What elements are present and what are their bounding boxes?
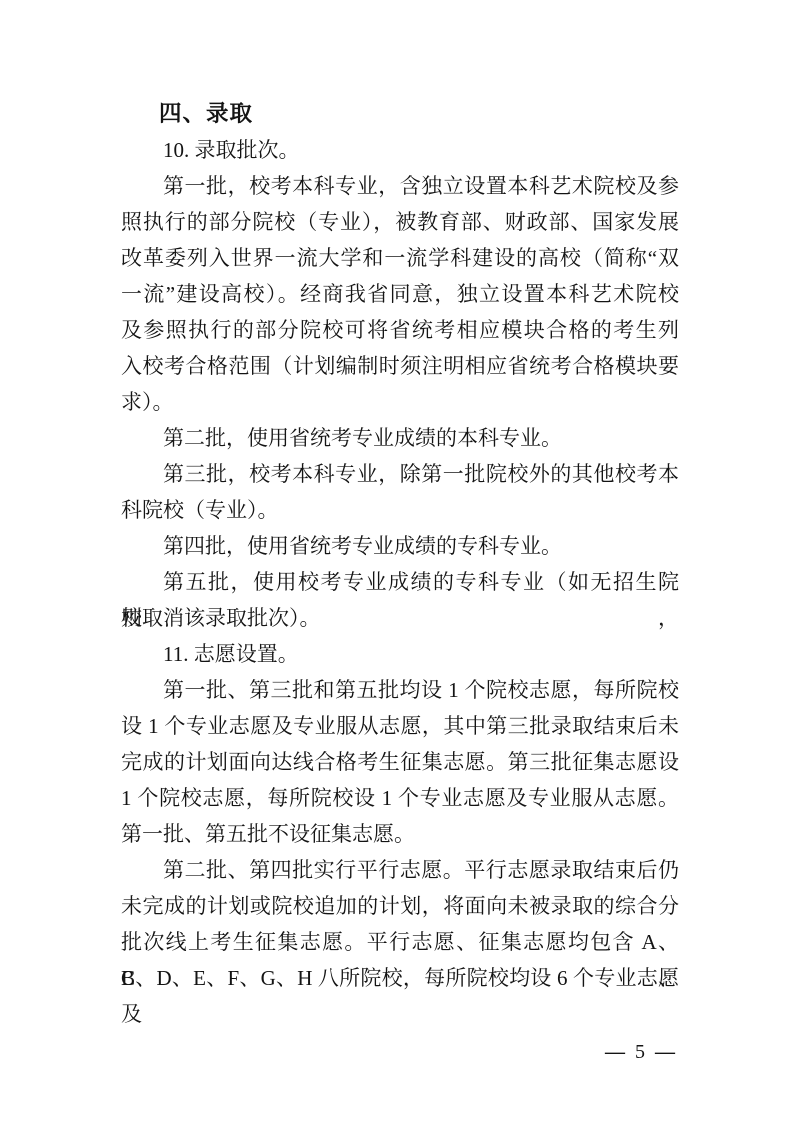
document-body: 四、录取 10. 录取批次。 第一批，校考本科专业，含独立设置本科艺术院校及参 … — [121, 96, 679, 996]
text-line: 入校考合格范围（计划编制时须注明相应省统考合格模块要 — [121, 348, 679, 384]
section-heading: 四、录取 — [121, 96, 679, 132]
text-line: 第三批，校考本科专业，除第一批院校外的其他校考本 — [121, 456, 679, 492]
text-line: C、D、E、F、G、H 八所院校，每所院校均设 6 个专业志愿及 — [121, 960, 679, 996]
text-line: 科院校（专业）。 — [121, 492, 679, 528]
text-line: 完成的计划面向达线合格考生征集志愿。第三批征集志愿设 — [121, 744, 679, 780]
text-line: 第一批，校考本科专业，含独立设置本科艺术院校及参 — [121, 168, 679, 204]
text-line: 求）。 — [121, 384, 679, 420]
text-line: 第五批，使用校考专业成绩的专科专业（如无招生院校， — [121, 564, 679, 600]
text-line: 第二批、第四批实行平行志愿。平行志愿录取结束后仍 — [121, 852, 679, 888]
text-line: 批次线上考生征集志愿。平行志愿、征集志愿均包含 A、B、 — [121, 924, 679, 960]
footer-dash-left: — — [605, 1040, 625, 1064]
text-line: 设 1 个专业志愿及专业服从志愿，其中第三批录取结束后未 — [121, 708, 679, 744]
text-line: 改革委列入世界一流大学和一流学科建设的高校（简称“双 — [121, 240, 679, 276]
document-page: 四、录取 10. 录取批次。 第一批，校考本科专业，含独立设置本科艺术院校及参 … — [0, 0, 793, 1122]
text-line: 及参照执行的部分院校可将省统考相应模块合格的考生列 — [121, 312, 679, 348]
footer-dash-right: — — [655, 1040, 675, 1064]
text-line: 第二批，使用省统考专业成绩的本科专业。 — [121, 420, 679, 456]
text-line: 照执行的部分院校（专业），被教育部、财政部、国家发展 — [121, 204, 679, 240]
text-line: 未完成的计划或院校追加的计划，将面向未被录取的综合分 — [121, 888, 679, 924]
text-line: 10. 录取批次。 — [121, 132, 679, 168]
text-line: 第一批、第三批和第五批均设 1 个院校志愿，每所院校 — [121, 672, 679, 708]
text-line: 11. 志愿设置。 — [121, 636, 679, 672]
text-line: 1 个院校志愿，每所院校设 1 个专业志愿及专业服从志愿。 — [121, 780, 679, 816]
page-footer: — 5 — — [605, 1040, 675, 1064]
text-line: 一流”建设高校）。经商我省同意，独立设置本科艺术院校 — [121, 276, 679, 312]
text-line: 第四批，使用省统考专业成绩的专科专业。 — [121, 528, 679, 564]
page-number: 5 — [635, 1040, 645, 1064]
text-line: 第一批、第五批不设征集志愿。 — [121, 816, 679, 852]
